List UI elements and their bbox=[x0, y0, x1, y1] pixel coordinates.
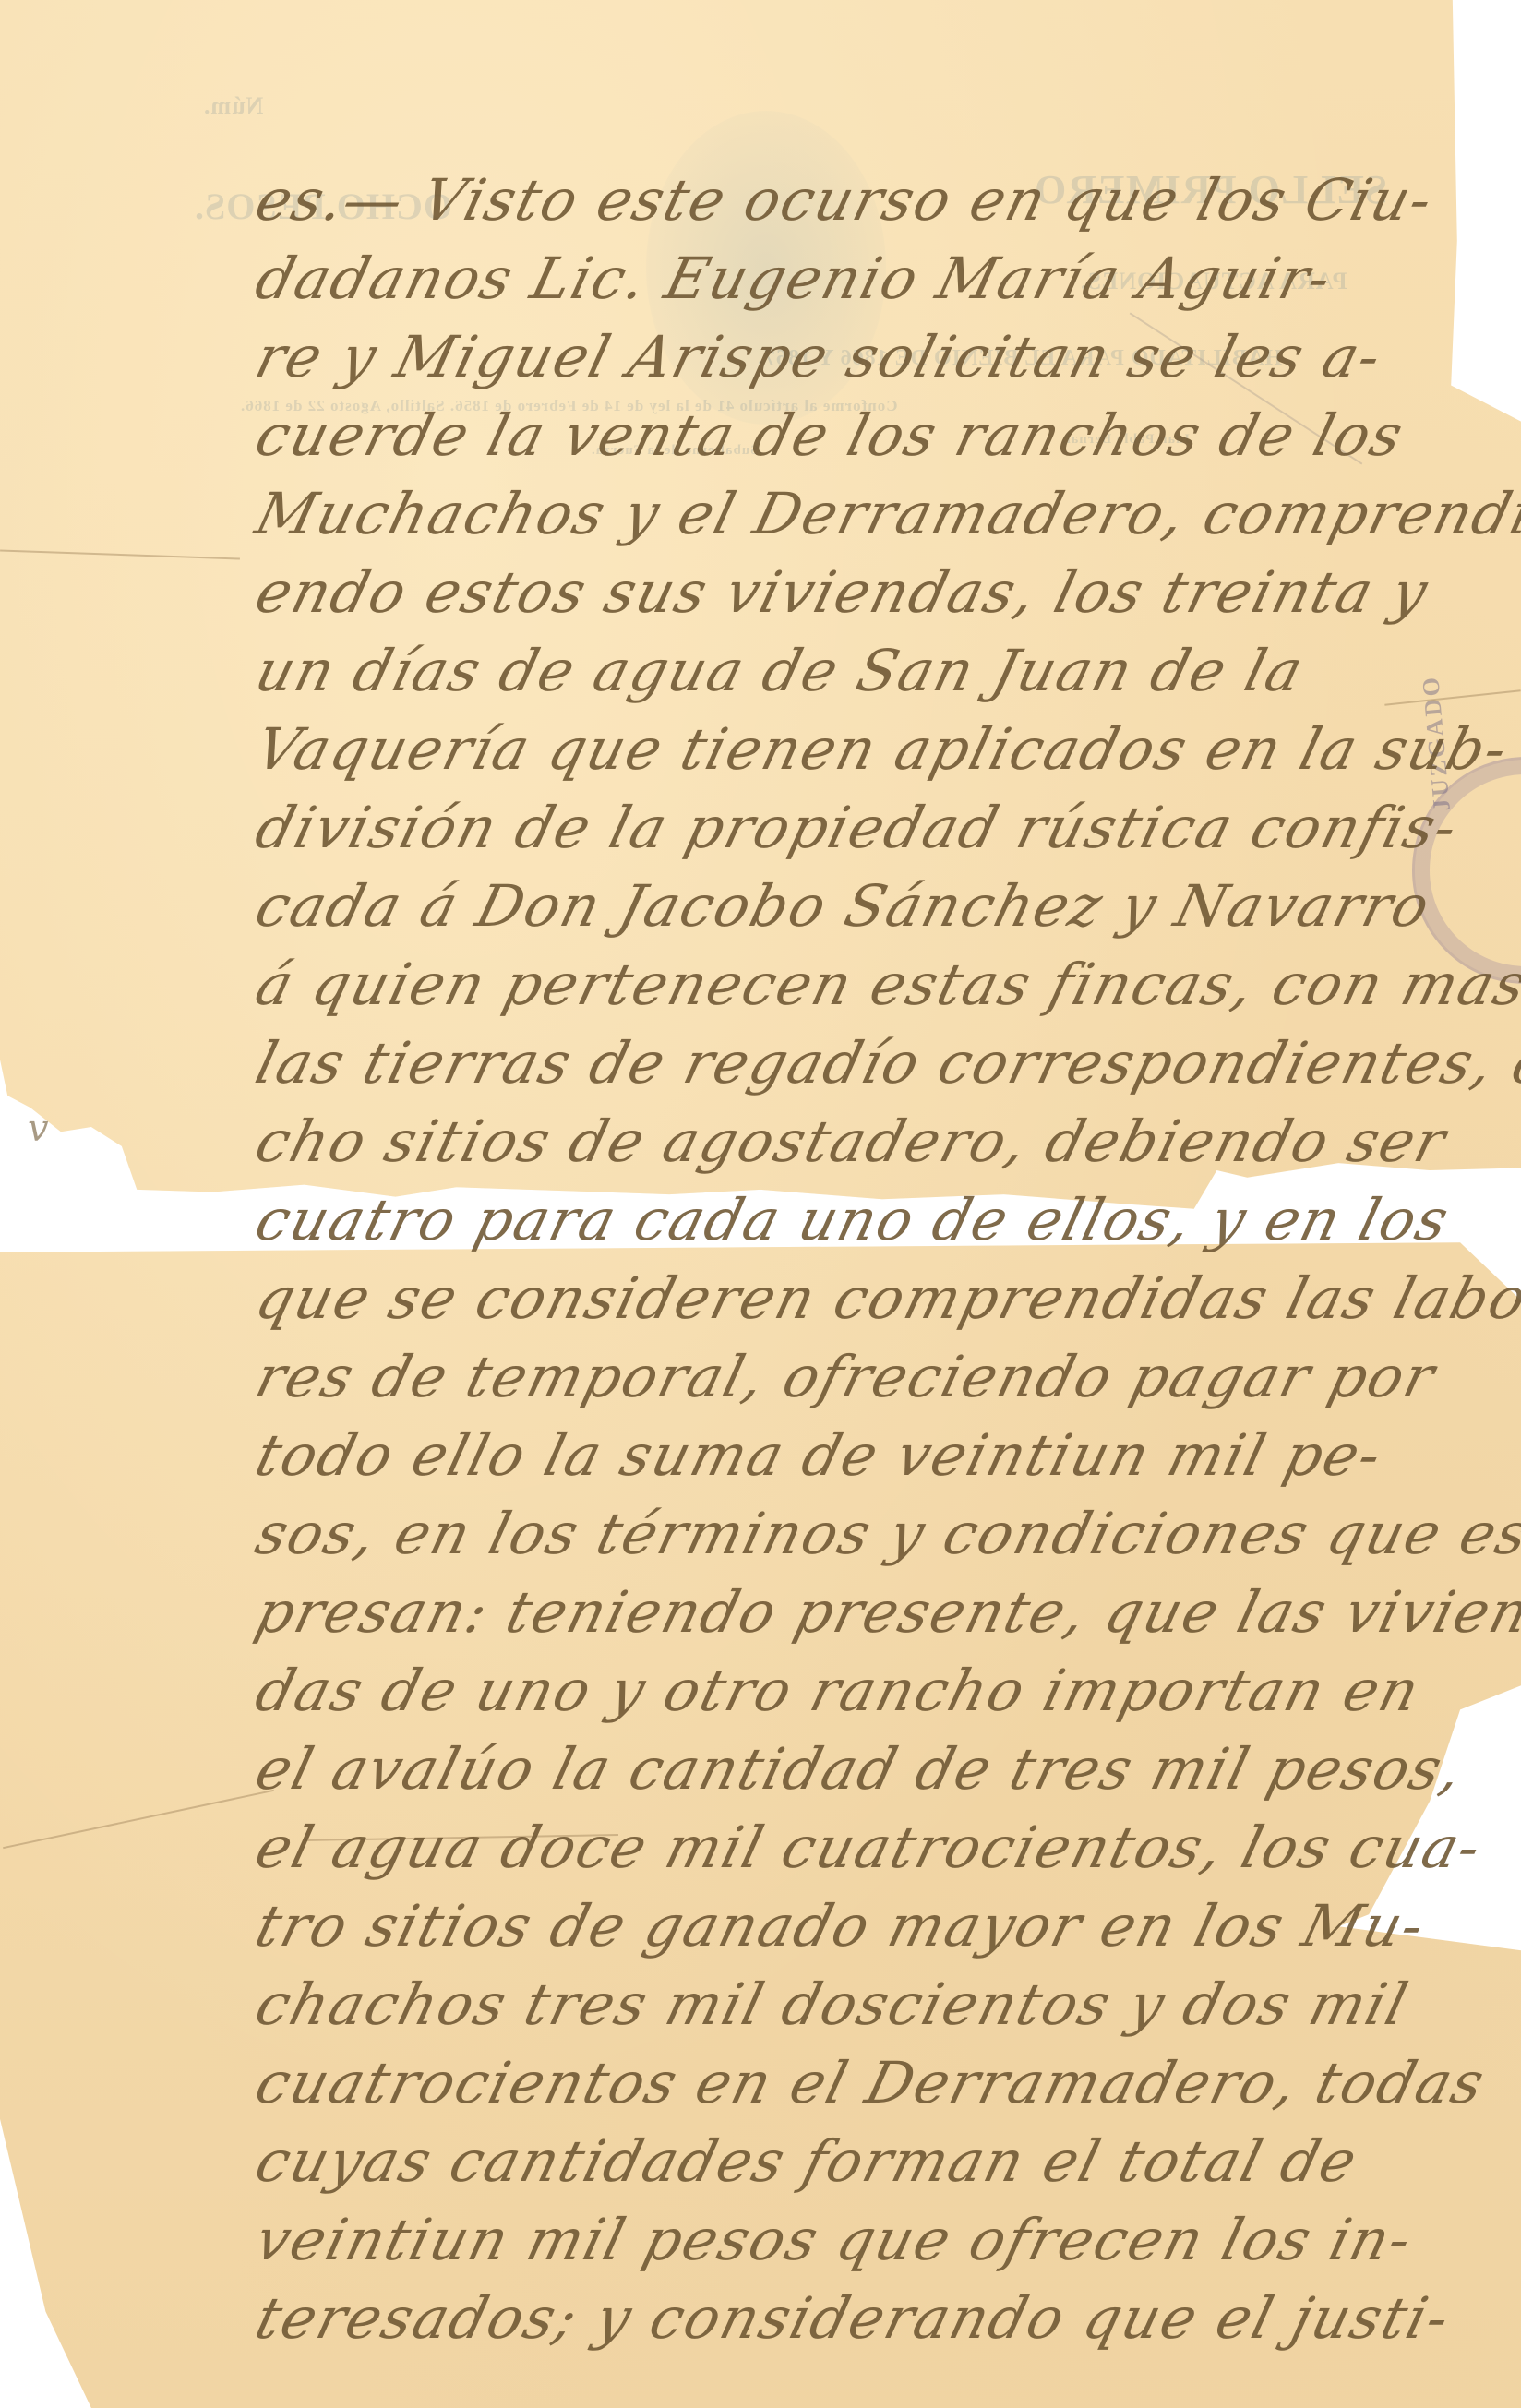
text-line: á quien pertenecen estas fincas, con mas bbox=[249, 951, 1355, 1018]
text-line: dadanos Lic. Eugenio María Aguir- bbox=[249, 245, 1355, 312]
stamp-number-label: Núm. bbox=[203, 92, 263, 120]
text-line: presan: teniendo presente, que las vivie… bbox=[249, 1578, 1355, 1646]
text-line: sos, en los términos y condiciones que e… bbox=[249, 1500, 1355, 1567]
text-line: res de temporal, ofreciendo pagar por bbox=[249, 1343, 1355, 1410]
text-line: un días de agua de San Juan de la bbox=[249, 637, 1355, 704]
text-line: veintiun mil pesos que ofrecen los in- bbox=[249, 2206, 1355, 2273]
text-line: tro sitios de ganado mayor en los Mu- bbox=[249, 1892, 1355, 1959]
text-line: cuerde la venta de los ranchos de los bbox=[249, 401, 1355, 469]
text-line: cuatro para cada uno de ellos, y en los bbox=[249, 1186, 1355, 1253]
text-line: es.— Visto este ocurso en que los Ciu- bbox=[249, 166, 1355, 234]
text-line: endo estos sus viviendas, los treinta y bbox=[249, 558, 1355, 626]
text-line: cuyas cantidades forman el total de bbox=[249, 2127, 1355, 2195]
text-line: Vaquería que tienen aplicados en la sub- bbox=[249, 715, 1355, 783]
text-line: división de la propiedad rústica confis- bbox=[249, 794, 1355, 861]
text-line: cada á Don Jacobo Sánchez y Navarro bbox=[249, 872, 1355, 940]
margin-note: v bbox=[28, 1108, 49, 1150]
text-line: todo ello la suma de veintiun mil pe- bbox=[249, 1421, 1355, 1489]
text-line: re y Miguel Arispe solicitan se les a- bbox=[249, 323, 1355, 390]
text-line: teresados; y considerando que el justi- bbox=[249, 2284, 1355, 2352]
text-line: Muchachos y el Derramadero, comprendi- bbox=[249, 480, 1355, 547]
text-line: cho sitios de agostadero, debiendo ser bbox=[249, 1108, 1355, 1175]
text-line: el agua doce mil cuatrocientos, los cua- bbox=[249, 1814, 1355, 1881]
text-line: el avalúo la cantidad de tres mil pesos, bbox=[249, 1735, 1355, 1803]
text-line: cuatrocientos en el Derramadero, todas bbox=[249, 2049, 1355, 2116]
text-line: chachos tres mil doscientos y dos mil bbox=[249, 1971, 1355, 2038]
text-line: que se consideren comprendidas las labo- bbox=[249, 1264, 1355, 1332]
text-line: das de uno y otro rancho importan en bbox=[249, 1657, 1355, 1724]
text-line: las tierras de regadío correspondientes,… bbox=[249, 1029, 1355, 1096]
